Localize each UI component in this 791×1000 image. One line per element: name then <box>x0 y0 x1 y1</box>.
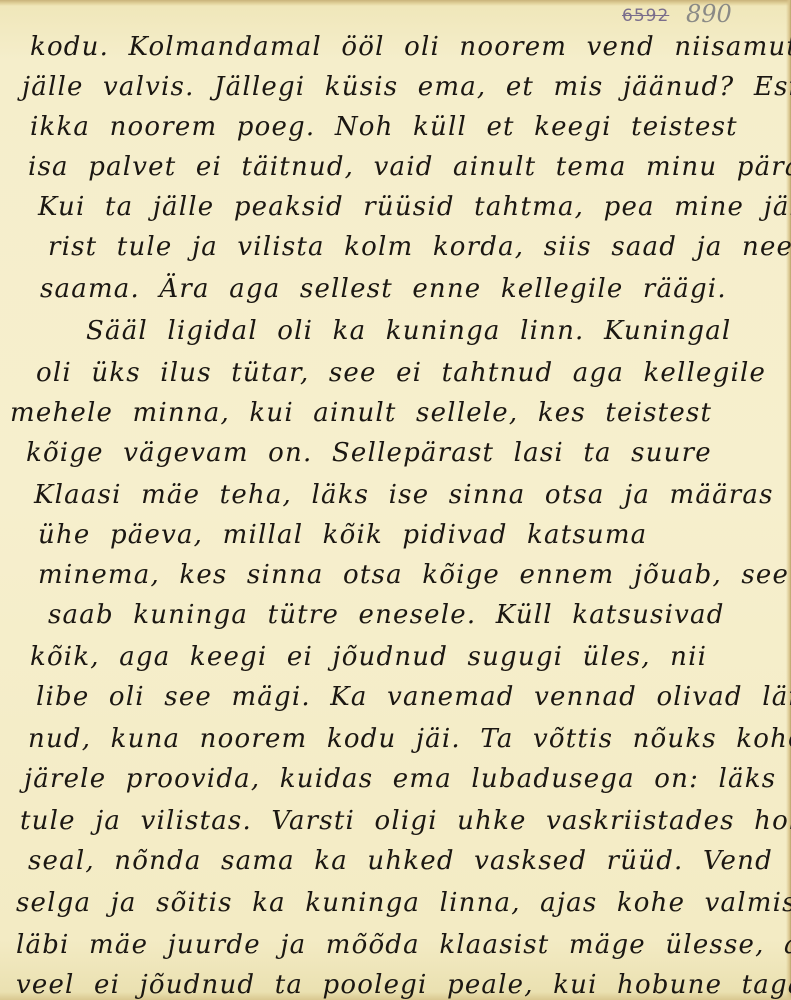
text-line: ikka noorem poeg. Noh küll et keegi teis… <box>30 112 738 142</box>
text-line: selga ja sõitis ka kuninga linna, ajas k… <box>16 888 791 918</box>
manuscript-page: 6592 890 kodu. Kolmandamal ööl oli noore… <box>0 0 791 1000</box>
text-line: veel ei jõudnud ta poolegi peale, kui ho… <box>16 970 791 1000</box>
text-line: kõige vägevam on. Sellepärast lasi ta su… <box>26 438 712 468</box>
text-line: mehele minna, kui ainult sellele, kes te… <box>10 398 712 428</box>
archive-number-struck: 6592 <box>622 6 669 26</box>
text-line: järele proovida, kuidas ema lubadusega o… <box>24 764 791 794</box>
text-line: jälle valvis. Jällegi küsis ema, et mis … <box>22 72 791 102</box>
text-line: Kui ta jälle peaksid rüüsid tahtma, pea … <box>38 192 791 222</box>
text-line: ühe päeva, millal kõik pidivad katsuma <box>38 520 647 550</box>
text-line: tule ja vilistas. Varsti oligi uhke vask… <box>20 806 791 836</box>
text-line: läbi mäe juurde ja mõõda klaasist mäge ü… <box>16 930 791 960</box>
text-line: oli üks ilus tütar, see ei tahtnud aga k… <box>36 358 766 388</box>
text-line: kõik, aga keegi ei jõudnud sugugi üles, … <box>30 642 707 672</box>
text-line: saama. Ära aga sellest enne kellegile rä… <box>40 274 727 304</box>
text-line: rist tule ja vilista kolm korda, siis sa… <box>48 232 791 262</box>
text-line: saab kuninga tütre enesele. Küll katsusi… <box>48 600 725 630</box>
text-line: Klaasi mäe teha, läks ise sinna otsa ja … <box>34 480 774 510</box>
text-line: seal, nõnda sama ka uhked vasksed rüüd. … <box>28 846 791 876</box>
folio-number: 890 <box>686 0 732 28</box>
paragraph-start-line: Sääl ligidal oli ka kuninga linn. Kuning… <box>86 316 731 346</box>
text-line: kodu. Kolmandamal ööl oli noorem vend ni… <box>30 32 791 62</box>
text-line: libe oli see mägi. Ka vanemad vennad oli… <box>36 682 791 712</box>
text-line: isa palvet ei täitnud, vaid ainult tema … <box>28 152 791 182</box>
text-line: minema, kes sinna otsa kõige ennem jõuab… <box>38 560 789 590</box>
page-top-edge <box>0 0 791 6</box>
text-line: nud, kuna noorem kodu jäi. Ta võttis nõu… <box>28 724 791 754</box>
